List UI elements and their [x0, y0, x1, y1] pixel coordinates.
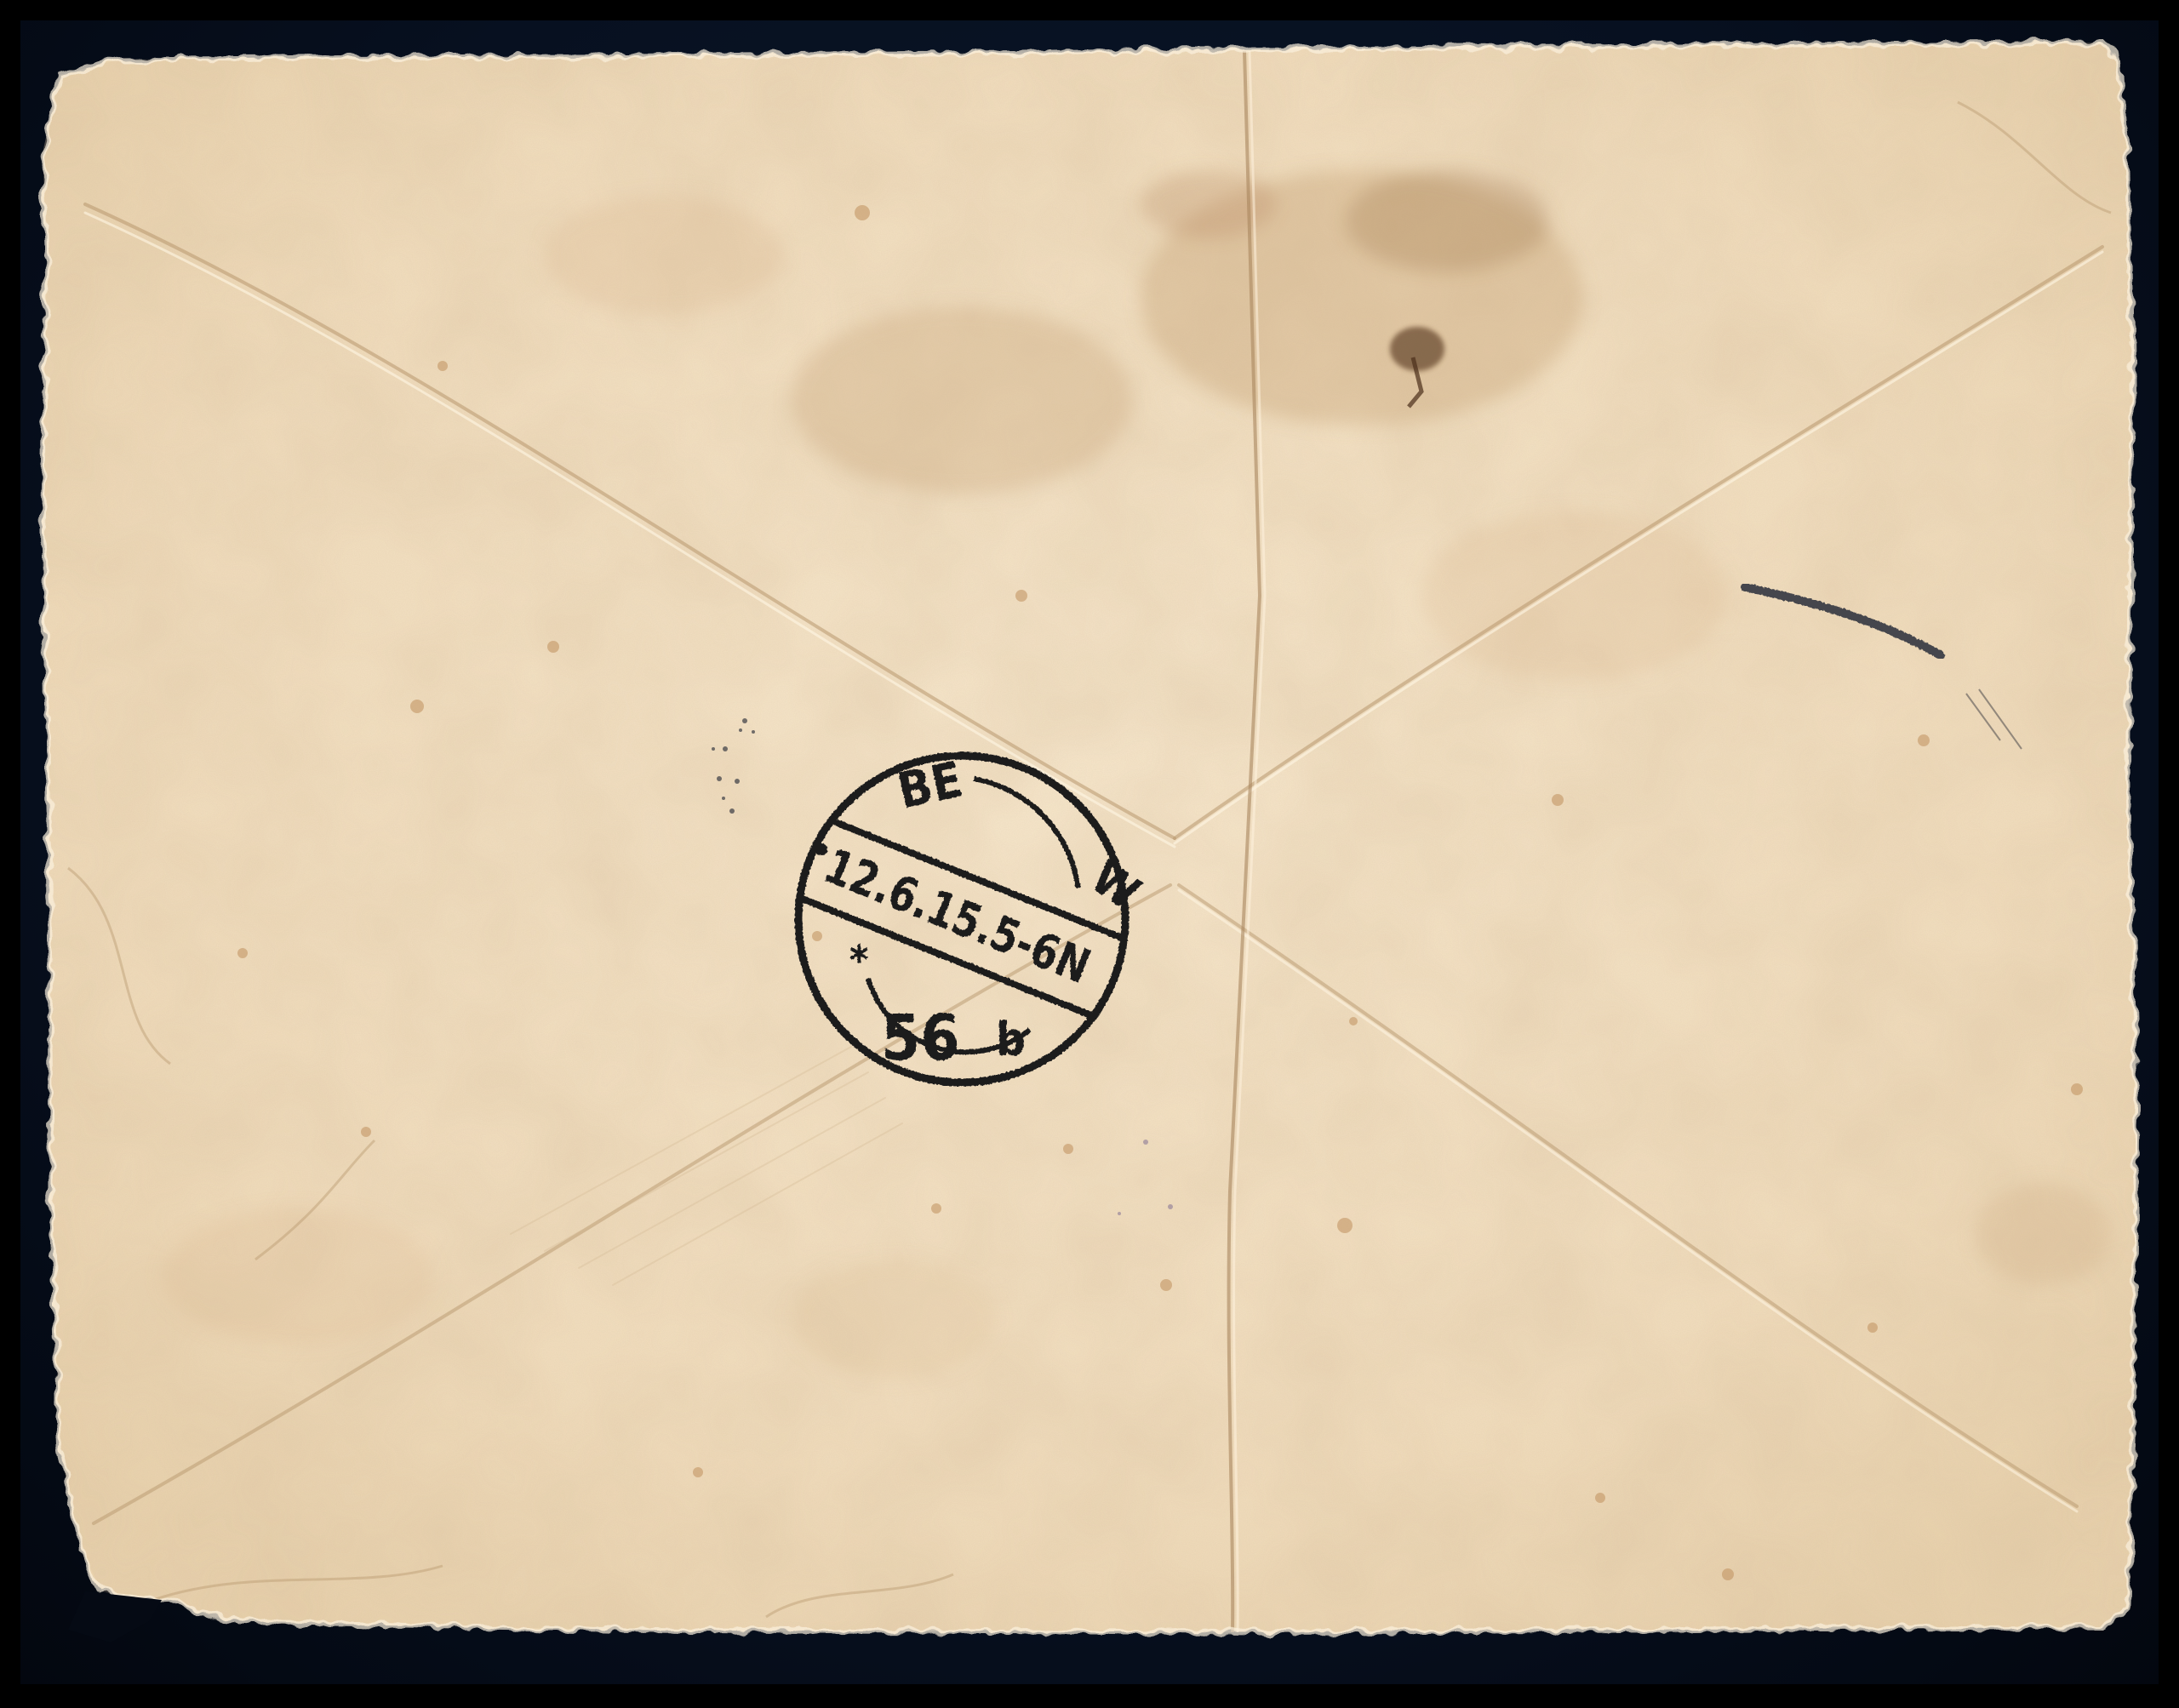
- postmark-office-letter: b: [996, 1013, 1026, 1066]
- postmark-office-number: 56: [881, 1002, 960, 1075]
- envelope-photo: 12.6.15.5-6N BE W * 56 b: [0, 0, 2179, 1708]
- torn-corner: [68, 1591, 162, 1642]
- postmark-ornament: *: [849, 937, 869, 985]
